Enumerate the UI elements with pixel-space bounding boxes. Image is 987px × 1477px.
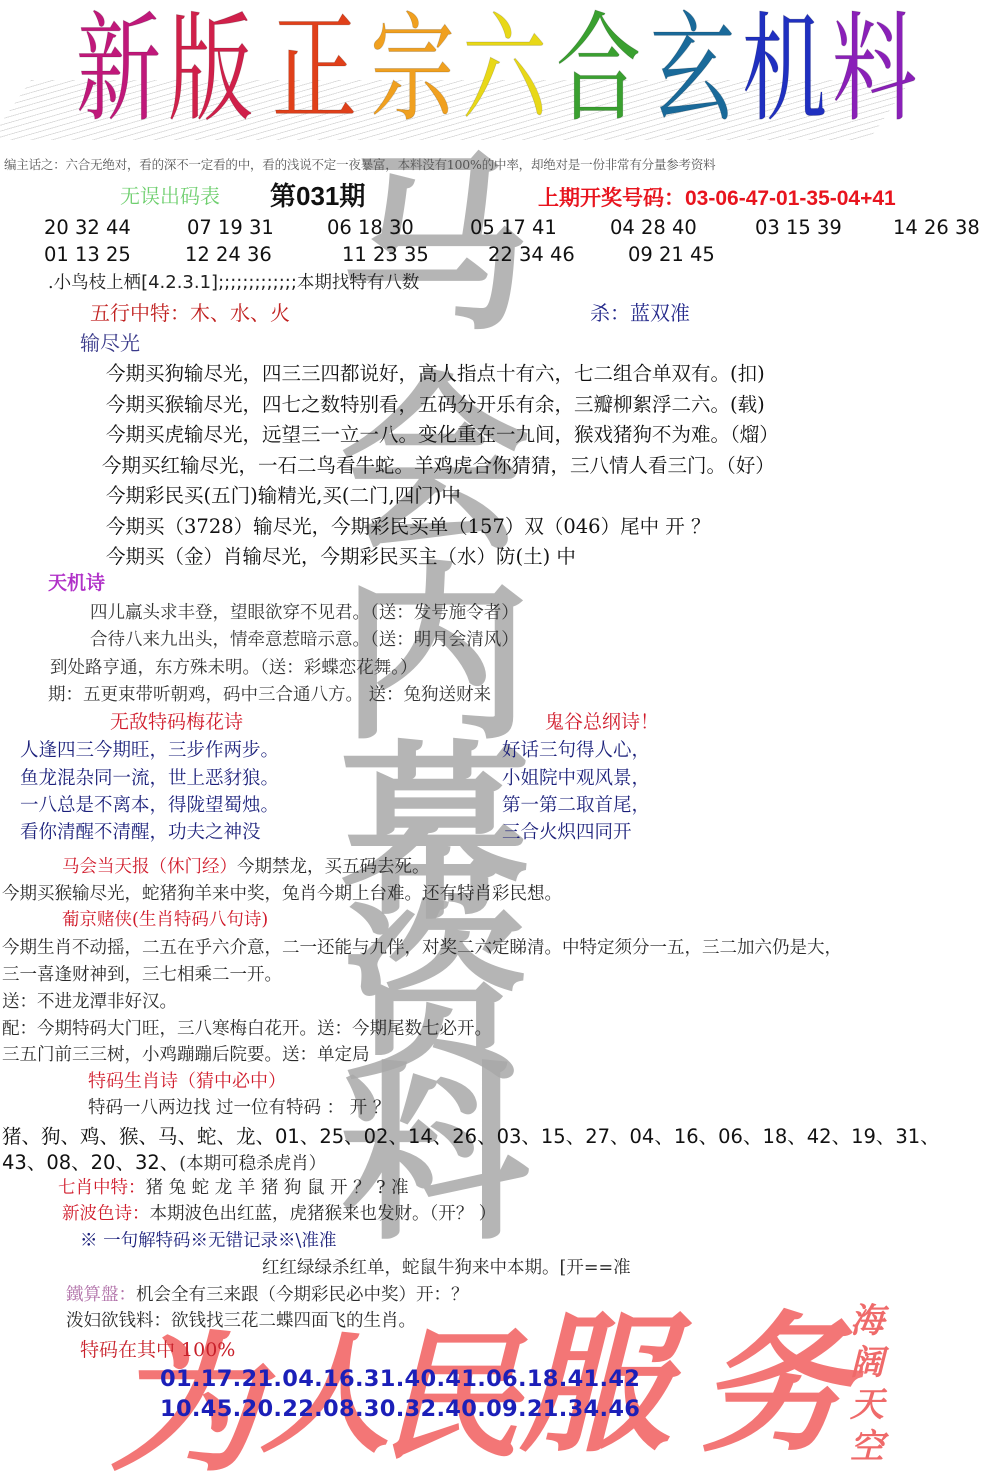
issue-number: 第031期 xyxy=(270,176,365,213)
number-table-label: 无误出码表 xyxy=(120,180,220,209)
meihua-line: 一八总是不离本，得陇望蜀烛。 xyxy=(20,791,279,817)
shengxiao-list-2: 43、08、20、32、(本期可稳杀虎肖） xyxy=(2,1147,326,1175)
shujin-line: 今期彩民买(五门)输精光,买(二门,四门)中 xyxy=(106,480,461,508)
side-char: 阔 xyxy=(850,1342,890,1384)
shujin-line: 今期买红输尽光，一石二鸟看牛蛇。羊鸡虎合你猜猜，三八情人看三门。（好） xyxy=(102,450,775,478)
bird-code: [4.2.3.1];;;;;;;;;;;;; xyxy=(141,272,297,293)
bose-label: 新波色诗： xyxy=(62,1204,150,1224)
side-char: 空 xyxy=(850,1426,890,1468)
number-cell: 14 26 38 xyxy=(893,216,980,239)
shujin-title: 输尽光 xyxy=(80,327,140,356)
side-char: 海 xyxy=(850,1300,890,1342)
bird-line: .小鸟枝上栖[4.2.3.1];;;;;;;;;;;;;本期找特有八数 xyxy=(48,269,419,294)
pujing-line: 三一喜逢财神到，三七相乘二一开。 xyxy=(2,961,282,986)
qixiao-text: 猪 兔 蛇 龙 羊 猪 狗 鼠 开 ？ ? 准 xyxy=(146,1178,409,1198)
meihua-line: 鱼龙混杂同一流，世上恶豺狼。 xyxy=(20,764,279,790)
shengxiao-list-2-codes: 43、08、20、32、 xyxy=(2,1151,179,1174)
tianji-line: 到处路亨通，东方殊未明。（送：彩蝶恋花舞。） xyxy=(50,654,418,679)
title-char-5: 六 xyxy=(462,4,547,134)
number-cell: 07 19 31 xyxy=(187,216,274,239)
qixiao-label: 七肖中特： xyxy=(58,1178,146,1198)
pujing-line: 今期生肖不动摇，二五在乎六介意，二一还能与九伴，对奖二六定睇清。中特定须分一五，… xyxy=(2,934,842,959)
bird-prefix: .小鸟枝上栖 xyxy=(48,273,141,293)
meihua-line: 看你清醒不清醒，功夫之神没 xyxy=(20,818,261,844)
shengxiao-title: 特码生肖诗（猜中必中） xyxy=(88,1067,286,1093)
guigu-line: 好话三句得人心， xyxy=(502,736,650,762)
pujing-line: 送：不进龙潭非好汉。 xyxy=(2,988,177,1013)
qixiao-line: 七肖中特：猪 兔 蛇 龙 羊 猪 狗 鼠 开 ？ ? 准 xyxy=(58,1174,409,1199)
final-row-1: 01.17.21.04.16.31.40.41.06.18.41.42 xyxy=(160,1366,640,1392)
last-draw-numbers: 上期开奖号码：03-06-47-01-35-04+41 xyxy=(538,182,896,212)
mahui-line: 马会当天报（休门经）今期禁龙，买五码去死。 xyxy=(62,853,430,878)
title-char-8: 机 xyxy=(742,4,827,134)
pujing-line: 配：今期特码大门旺，三八寒梅白花开。送：今期尾数七必开。 xyxy=(2,1015,492,1040)
calligraphy-char-2: 人 xyxy=(260,1320,390,1470)
tianji-line: 合待八来九出头，情牵意惹暗示意。（送：明月会清风） xyxy=(90,626,519,651)
tianji-line: 四儿羸头求丰登，望眼欲穿不见君。（送：发号施令者） xyxy=(90,599,519,624)
tiesuan-text: 机会全有三来跟（今期彩民必中奖）开：？ xyxy=(136,1285,469,1305)
bose-text: 本期波色出红蓝，虎猪猴来也发财。（开？ ） xyxy=(150,1204,497,1224)
final-title: 特码在其中 100% xyxy=(80,1335,235,1362)
meihua-line: 人逢四三今期旺，三步作两步。 xyxy=(20,736,279,762)
mahui-line2: 今期买猴输尽光，蛇猪狗羊来中奖，兔肖今期上台难。还有特肖彩民想。 xyxy=(2,880,562,905)
tiesuan-label: 鐵算盤： xyxy=(66,1285,136,1305)
haikuo-tiankong: 海 阔 天 空 xyxy=(850,1300,890,1468)
number-cell: 06 18 30 xyxy=(327,216,414,239)
title-banner: 新 版 正 宗 六 合 玄 机 料 xyxy=(0,0,987,150)
title-char-1: 新 xyxy=(76,4,161,134)
shengxiao-list-1: 猪、狗、鸡、猴、马、蛇、龙、01、25、02、14、26、03、15、27、04… xyxy=(2,1121,940,1149)
number-cell: 03 15 39 xyxy=(755,216,842,239)
shujin-line: 今期买（3728）输尽光，今期彩民买单（157）双（046）尾中 开 ？ xyxy=(106,511,710,539)
calligraphy-char-5: 务 xyxy=(700,1310,850,1460)
shengxiao-list-2-note: (本期可稳杀虎肖） xyxy=(179,1154,326,1174)
title-char-3: 正 xyxy=(272,4,357,134)
guigu-line: 三合火炽四同开 xyxy=(502,818,632,844)
editor-note: 编主话之：六合无绝对，看的深不一定看的中，看的浅说不定一夜暴富，本料没有100%… xyxy=(4,155,715,173)
wuxing-line: 五行中特：木、水、火 xyxy=(90,297,290,326)
bose-line: 新波色诗：本期波色出红蓝，虎猪猴来也发财。（开？ ） xyxy=(62,1200,496,1225)
tianji-title: 天机诗 xyxy=(48,568,105,595)
number-cell: 11 23 35 xyxy=(342,243,429,266)
meihua-title: 无敌特码梅花诗 xyxy=(110,707,243,734)
side-char: 天 xyxy=(850,1384,890,1426)
number-cell: 09 21 45 xyxy=(628,243,715,266)
title-char-9: 料 xyxy=(832,4,917,134)
number-cell: 04 28 40 xyxy=(610,216,697,239)
title-char-7: 玄 xyxy=(650,4,735,134)
final-row-2: 10.45.20.22.08.30.32.40.09.21.34.46 xyxy=(160,1396,640,1422)
mahui-title: 马会当天报（休门经） xyxy=(62,857,237,877)
number-cell: 12 24 36 xyxy=(185,243,272,266)
title-char-2: 版 xyxy=(168,4,253,134)
pujing-line: 三五门前三三树，小鸡蹦蹦后院要。送：单定局 xyxy=(2,1041,370,1066)
guigu-line: 第一第二取首尾， xyxy=(502,791,650,817)
number-cell: 22 34 46 xyxy=(488,243,575,266)
shengxiao-hint: 特码一八两边找 过一位有特码 ： 开 ？ xyxy=(88,1094,390,1119)
title-char-4: 宗 xyxy=(370,4,455,134)
guigu-line: 小姐院中观风景， xyxy=(502,764,650,790)
pujing-title: 葡京赌侠(生肖特码八句诗) xyxy=(62,906,268,931)
yiju-title: ※ 一句解特码※无错记录※\准准 xyxy=(80,1227,336,1252)
title-char-6: 合 xyxy=(556,4,641,134)
guigu-title: 鬼谷总纲诗！ xyxy=(545,707,659,734)
number-cell: 05 17 41 xyxy=(470,216,557,239)
yiju-text: 红红绿绿杀红单，蛇鼠牛狗来中本期。[开==准 xyxy=(262,1254,631,1279)
tianji-line: 期：五更束带听朝鸡，码中三合通八方。 送：兔狗送财来 xyxy=(48,681,491,706)
tiesuan-line: 鐵算盤：机会全有三来跟（今期彩民必中奖）开：？ xyxy=(66,1281,469,1306)
kill-line: 杀：蓝双准 xyxy=(590,297,690,326)
shujin-line: 今期买（金）肖输尽光，今期彩民买主（水）防(土) 中 xyxy=(106,541,576,569)
number-cell: 01 13 25 xyxy=(44,243,131,266)
bird-suffix: 本期找特有八数 xyxy=(297,273,420,293)
shujin-line: 今期买虎输尽光，远望三一立一八。变化重在一九间，猴戏猪狗不为难。（熘） xyxy=(106,419,779,447)
shujin-line: 今期买猴输尽光，四七之数特别看，五码分开乐有余，三瓣柳絮浮二六。(载) xyxy=(106,389,765,417)
shujin-line: 今期买狗输尽光，四三三四都说好，高人指点十有六，七二组合单双有。(扣) xyxy=(106,358,765,386)
mahui-text: 今期禁龙，买五码去死。 xyxy=(237,857,430,877)
number-cell: 20 32 44 xyxy=(44,216,131,239)
